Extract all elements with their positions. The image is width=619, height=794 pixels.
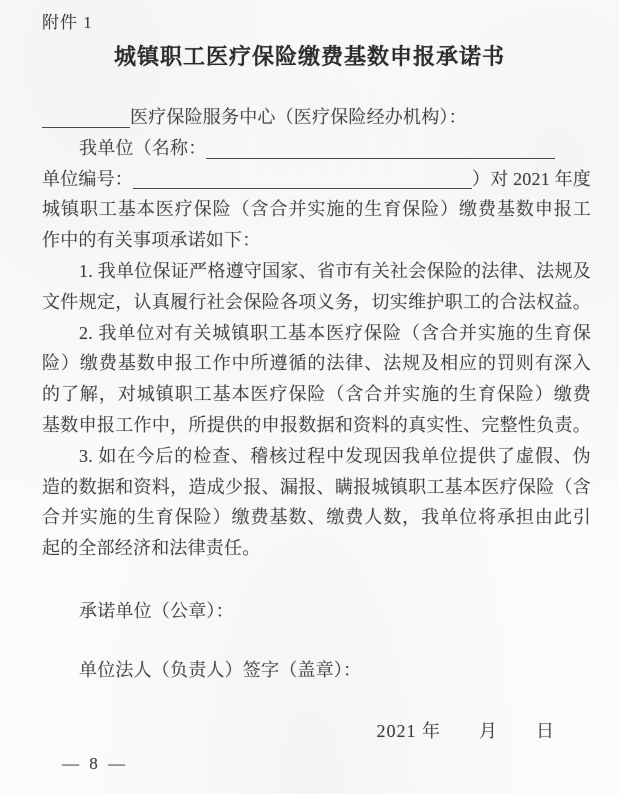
clause-2-line: 2. 我单位对有关城镇职工基本医疗保险（含合并实施的生育保: [42, 318, 591, 349]
clause-1-line: 文件规定，认真履行社会保险各项义务，切实维护职工的合法权益。: [42, 287, 591, 318]
seal-signature-line: 承诺单位（公章）：: [42, 596, 591, 627]
unit-name-blank-field: [206, 158, 555, 159]
intro-line: 城镇职工基本医疗保险（含合并实施的生育保险）缴费基数申报工: [42, 194, 591, 225]
clause-3-line: 起的全部经济和法律责任。: [42, 533, 591, 564]
agency-name-blank-field: [42, 127, 130, 128]
page-number: — 8 —: [62, 754, 591, 774]
unit-name-label: 我单位（名称：: [79, 133, 206, 164]
clause-2-line: 的了解，对城镇职工基本医疗保险（含合并实施的生育保险）缴费: [42, 379, 591, 410]
page-title: 城镇职工医疗保险缴费基数申报承诺书: [0, 43, 619, 70]
attachment-label: 附件 1: [42, 0, 619, 33]
unit-name-line: 我单位（名称：: [42, 133, 591, 164]
clause-3-line: 造的数据和资料，造成少报、漏报、瞒报城镇职工基本医疗保险（含: [42, 472, 591, 503]
clause-2-line: 基数申报工作中，所提供的申报数据和资料的真实性、完整性负责。: [42, 410, 591, 441]
salutation-text: 医疗保险服务中心（医疗保险经办机构）：: [130, 102, 467, 133]
unit-code-line: 单位编号： ）对 2021 年度: [42, 164, 591, 195]
clause-2-line: 险）缴费基数申报工作中所遵循的法律、法规及相应的罚则有深入: [42, 348, 591, 379]
legal-person-signature-line: 单位法人（负责人）签字（盖章）：: [42, 655, 591, 686]
unit-code-label: 单位编号：: [42, 164, 133, 195]
salutation-line: 医疗保险服务中心（医疗保险经办机构）：: [42, 102, 591, 133]
date-line: 2021 年 月 日: [42, 716, 591, 747]
unit-code-blank-field: [133, 188, 472, 189]
intro-line: 作中的有关事项承诺如下：: [42, 225, 591, 256]
unit-code-suffix: ）对 2021 年度: [472, 164, 591, 195]
clause-1-line: 1. 我单位保证严格遵守国家、省市有关社会保险的法律、法规及: [42, 256, 591, 287]
clause-3-line: 合并实施的生育保险）缴费基数、缴费人数，我单位将承担由此引: [42, 502, 591, 533]
document-page: 附件 1 城镇职工医疗保险缴费基数申报承诺书 医疗保险服务中心（医疗保险经办机构…: [0, 0, 619, 794]
clause-3-line: 3. 如在今后的检查、稽核过程中发现因我单位提供了虚假、伪: [42, 441, 591, 472]
document-body: 医疗保险服务中心（医疗保险经办机构）： 我单位（名称： 单位编号： ）对 202…: [42, 102, 591, 774]
